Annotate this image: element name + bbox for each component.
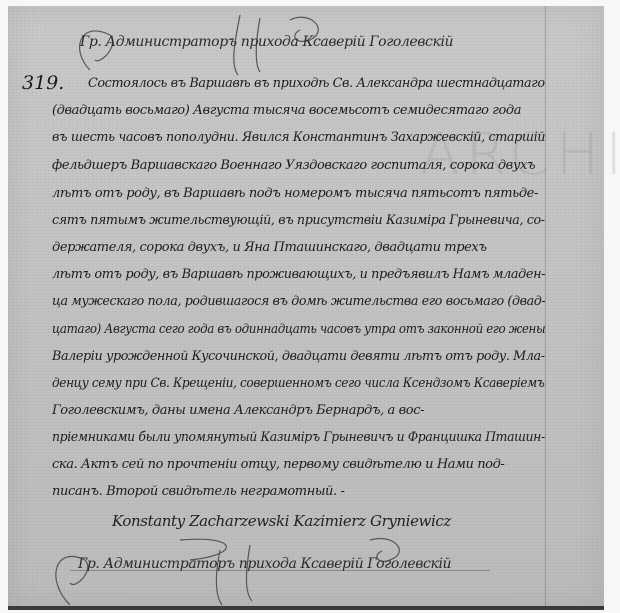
body-line-8: лѣтъ отъ роду, въ Варшавѣ проживающихъ, … xyxy=(52,267,545,282)
body-line-1: Состоялось въ Варшавѣ въ приходѣ Св. Але… xyxy=(88,76,545,91)
body-line-16: писанъ. Второй свидѣтель неграмотный. - xyxy=(52,484,344,499)
entry-number: 319. xyxy=(22,72,64,94)
body-line-2: (двадцать восьмаго) Августа тысяча восем… xyxy=(52,103,521,118)
body-line-5: лѣтъ отъ роду, въ Варшавѣ подъ номеромъ … xyxy=(52,186,538,201)
body-line-4: фельдшеръ Варшавскаго Военнаго Уяздовска… xyxy=(52,158,535,173)
body-line-14: пріемниками были упомянутый Казиміръ Гры… xyxy=(52,430,545,445)
body-line-10: цатаго) Августа сего года въ одиннадцать… xyxy=(52,322,545,337)
body-line-6: сятъ пятымъ жительствующій, въ присутств… xyxy=(52,213,545,228)
body-line-15: ска. Актъ сей по прочтеніи отцу, первому… xyxy=(52,457,504,472)
body-line-7: держателя, сорока двухъ, и Яна Пташинска… xyxy=(52,240,487,255)
footer-flourish-icon xyxy=(40,535,460,610)
body-line-3: въ шесть часовъ пополудни. Явился Конста… xyxy=(52,130,545,145)
header-signature: Гр. Администраторъ прихода Ксаверій Гого… xyxy=(80,34,453,50)
witness-signatures: Konstanty Zacharzewski Kazimierz Gryniew… xyxy=(112,512,451,530)
body-line-12: денцу сему при Св. Крещеніи, совершенном… xyxy=(52,376,544,391)
body-line-13: Гоголевскимъ, даны имена Александръ Берн… xyxy=(52,403,424,418)
footer-signature: Гр. Администраторъ прихода Ксаверій Гого… xyxy=(78,556,451,572)
body-line-9: ца мужескаго пола, родившагося въ домѣ ж… xyxy=(52,294,545,309)
body-line-11: Валеріи урожденной Кусочинской, двадцати… xyxy=(52,349,545,364)
